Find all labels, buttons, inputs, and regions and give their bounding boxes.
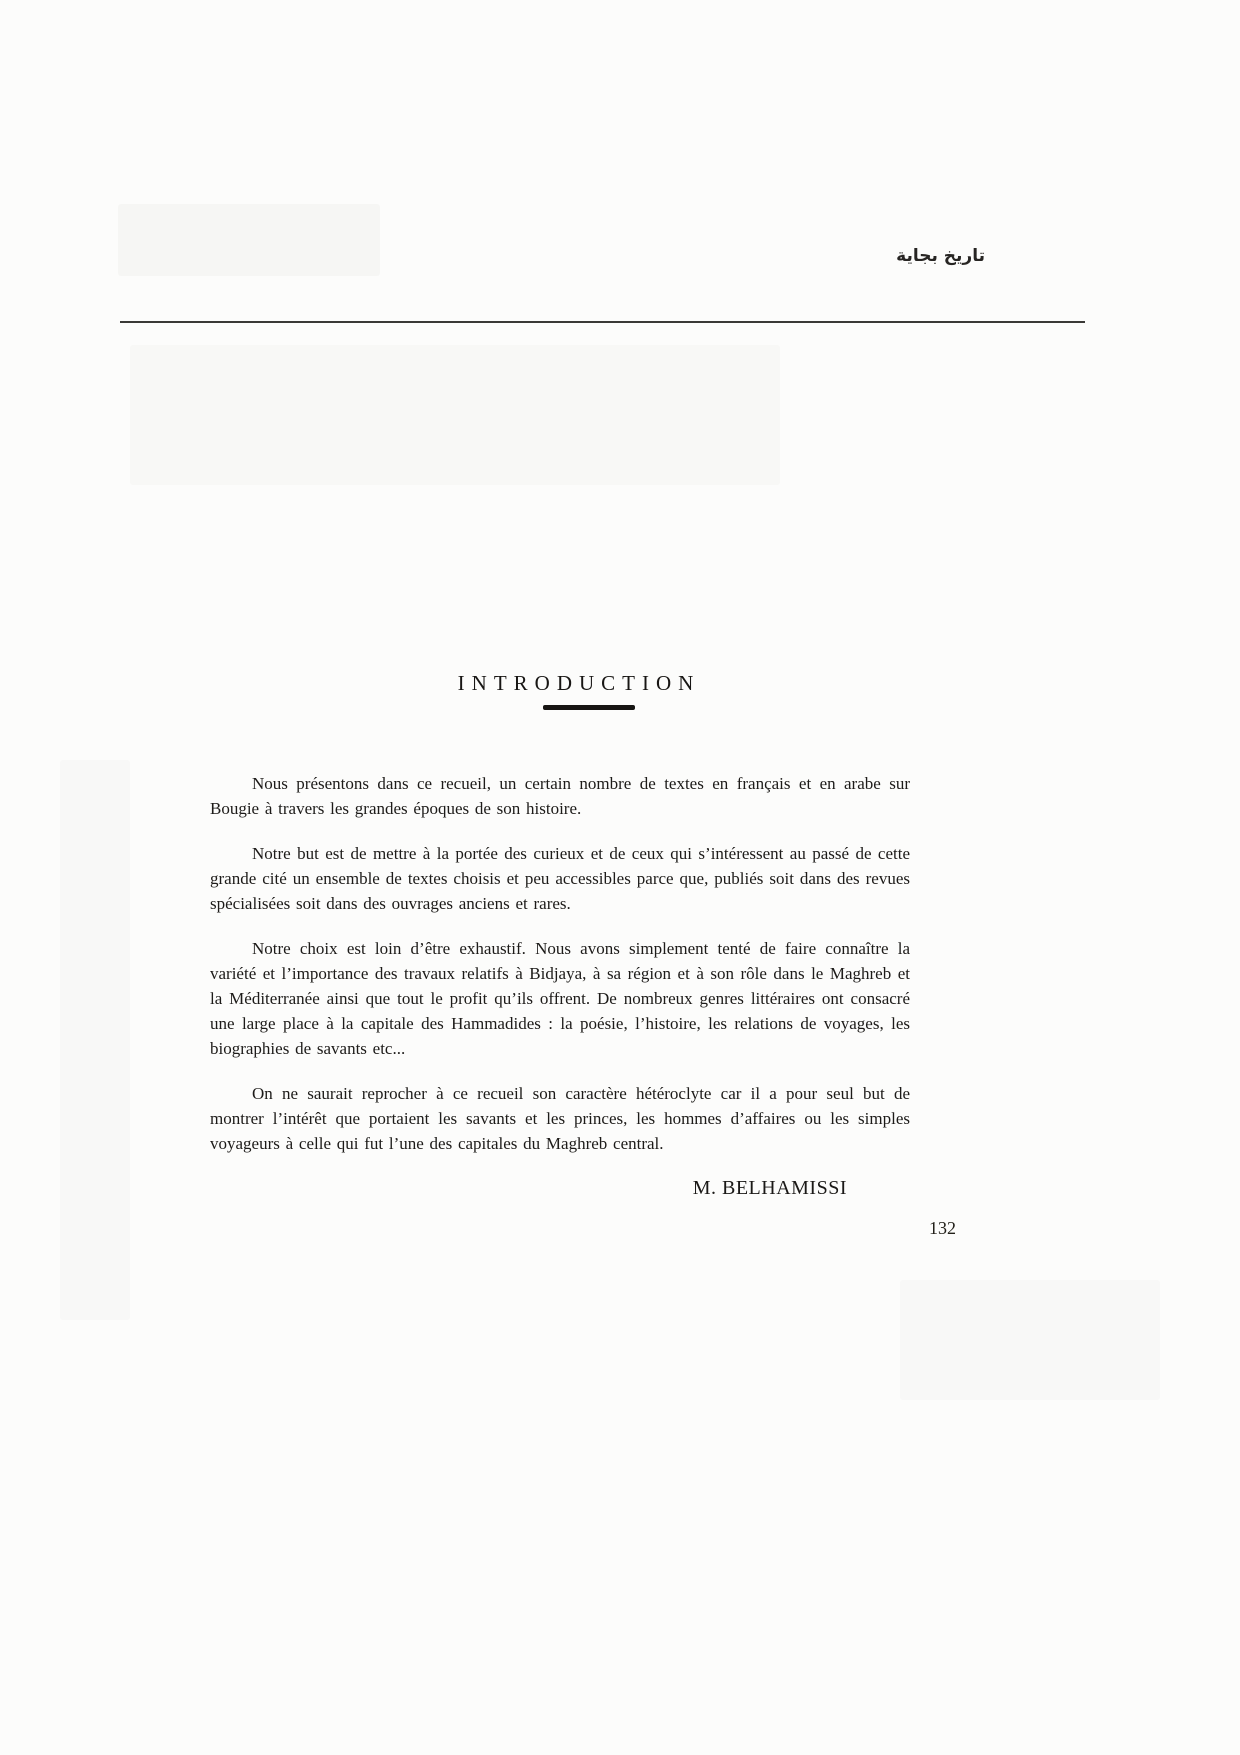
scanned-book-page: تاريخ بجاية INTRODUCTION Nous présentons…	[0, 0, 1240, 1755]
page-number: 132	[929, 1218, 956, 1239]
header-rule	[120, 321, 1085, 323]
scan-artifact	[118, 204, 380, 276]
paragraph: On ne saurait reprocher à ce recueil son…	[210, 1081, 910, 1156]
paragraph: Nous présentons dans ce recueil, un cert…	[210, 771, 910, 821]
author-signature: M. BELHAMISSI	[210, 1176, 910, 1201]
paragraph: Notre choix est loin d’être exhaustif. N…	[210, 936, 910, 1061]
paragraph: Notre but est de mettre à la portée des …	[210, 841, 910, 916]
scan-artifact	[130, 345, 780, 485]
body-text-block: Nous présentons dans ce recueil, un cert…	[210, 771, 910, 1201]
heading-underline	[543, 705, 635, 710]
running-header-arabic-title: تاريخ بجاية	[896, 246, 985, 266]
scan-artifact	[900, 1280, 1160, 1400]
scan-artifact	[60, 760, 130, 1320]
section-heading: INTRODUCTION	[209, 671, 949, 696]
